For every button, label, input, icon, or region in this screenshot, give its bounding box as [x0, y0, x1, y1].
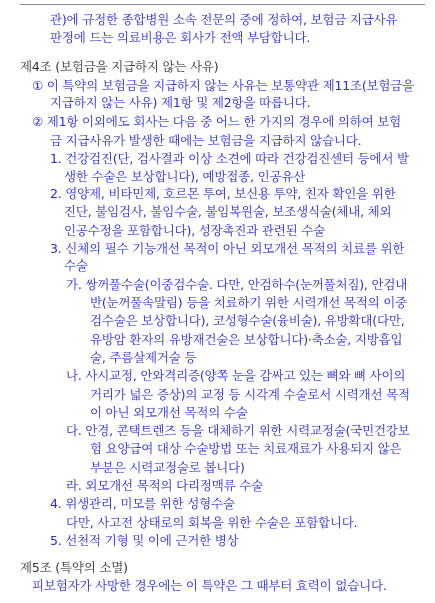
text-line: 다만, 사고전 상태로의 회복을 위한 수술은 포함합니다. — [66, 515, 357, 531]
top-divider — [20, 4, 425, 5]
text-line: 수술 — [64, 258, 88, 274]
article-4-title: 제4조 (보험금을 지급하지 않는 사유) — [20, 59, 218, 75]
text-line: 금 지급사유가 발생한 때에는 보험금을 지급하지 않습니다. — [50, 133, 361, 149]
text-line: 인공수정을 포함합니다), 성장촉진과 관련된 수술 — [64, 223, 325, 239]
text-line: 나. 사시교정, 안와격리증(양쪽 눈을 감싸고 있는 뼈와 뼈 사이의 — [66, 368, 405, 384]
text-line: 지급하지 않는 사유) 제1항 및 제2항을 따릅니다. — [50, 95, 310, 111]
text-line: 관)에 규정한 종합병원 소속 전문의 중에 정하여, 보험금 지급사유 — [50, 12, 397, 28]
article-5-title: 제5조 (특약의 소멸) — [20, 560, 128, 576]
text-line: 생한 수술은 보상합니다), 예방접종, 인공유산 — [64, 169, 305, 185]
text-line: ② 제1항 이외에도 회사는 다음 중 어느 한 가지의 경우에 의하여 보험 — [32, 114, 401, 130]
text-line: 판정에 드는 의료비용은 회사가 전액 부담합니다. — [50, 30, 310, 46]
text-line: 술, 주름살제거술 등 — [90, 350, 196, 366]
text-line: 라. 외모개선 목적의 다리정맥류 수술 — [66, 478, 263, 494]
text-line: 가. 쌍꺼풀수술(이중검수술. 다만, 안검하수(눈꺼풀처짐), 안검내 — [66, 277, 407, 293]
text-line: 부분은 시력교정술로 봅니다) — [90, 460, 245, 476]
text-line: 1. 건강검진(단, 검사결과 이상 소견에 따라 건강검진센터 등에서 발 — [50, 151, 409, 167]
text-line: 반(눈꺼풀속말림) 등을 치료하기 위한 시력개선 목적의 이중 — [90, 295, 407, 311]
text-line: ① 이 특약의 보험금을 지급하지 않는 사유는 보통약관 제11조(보험금을 — [32, 78, 414, 94]
article-5-body: 피보험자가 사망한 경우에는 이 특약은 그 때부터 효력이 없습니다. — [32, 578, 387, 594]
text-line: 이 아닌 외모개선 목적의 수술 — [90, 405, 248, 421]
text-line: 3. 신체의 필수 기능개선 목적이 아닌 외모개선 목적의 치료를 위한 — [50, 241, 404, 257]
text-line: 유방암 환자의 유방재건술은 보상합니다)·축소술, 지방흡입 — [90, 332, 402, 348]
text-line: 진단, 불임검사, 불임수술, 불임복원술, 보조생식술(체내, 체외 — [64, 204, 391, 220]
text-line: 4. 위생관리, 미모를 위한 성형수술 — [50, 496, 235, 512]
text-line: 2. 영양제, 비타민제, 호르몬 투여, 보신용 투약, 친자 확인을 위한 — [50, 186, 396, 202]
text-line: 험 요양급여 대상 수술방법 또는 치료재료가 사용되지 않은 — [90, 441, 401, 457]
text-line: 거리가 넓은 증상)의 교정 등 시각계 수술로서 시력개선 목적 — [90, 387, 410, 403]
text-line: 5. 선천적 기형 및 이에 근거한 병상 — [50, 533, 239, 549]
text-line: 다. 안경, 콘택트렌즈 등을 대체하기 위한 시력교정술(국민건강보 — [66, 423, 410, 439]
text-line: 검수술은 보상합니다), 코성형수술(융비술), 유방확대(다만, — [90, 313, 404, 329]
